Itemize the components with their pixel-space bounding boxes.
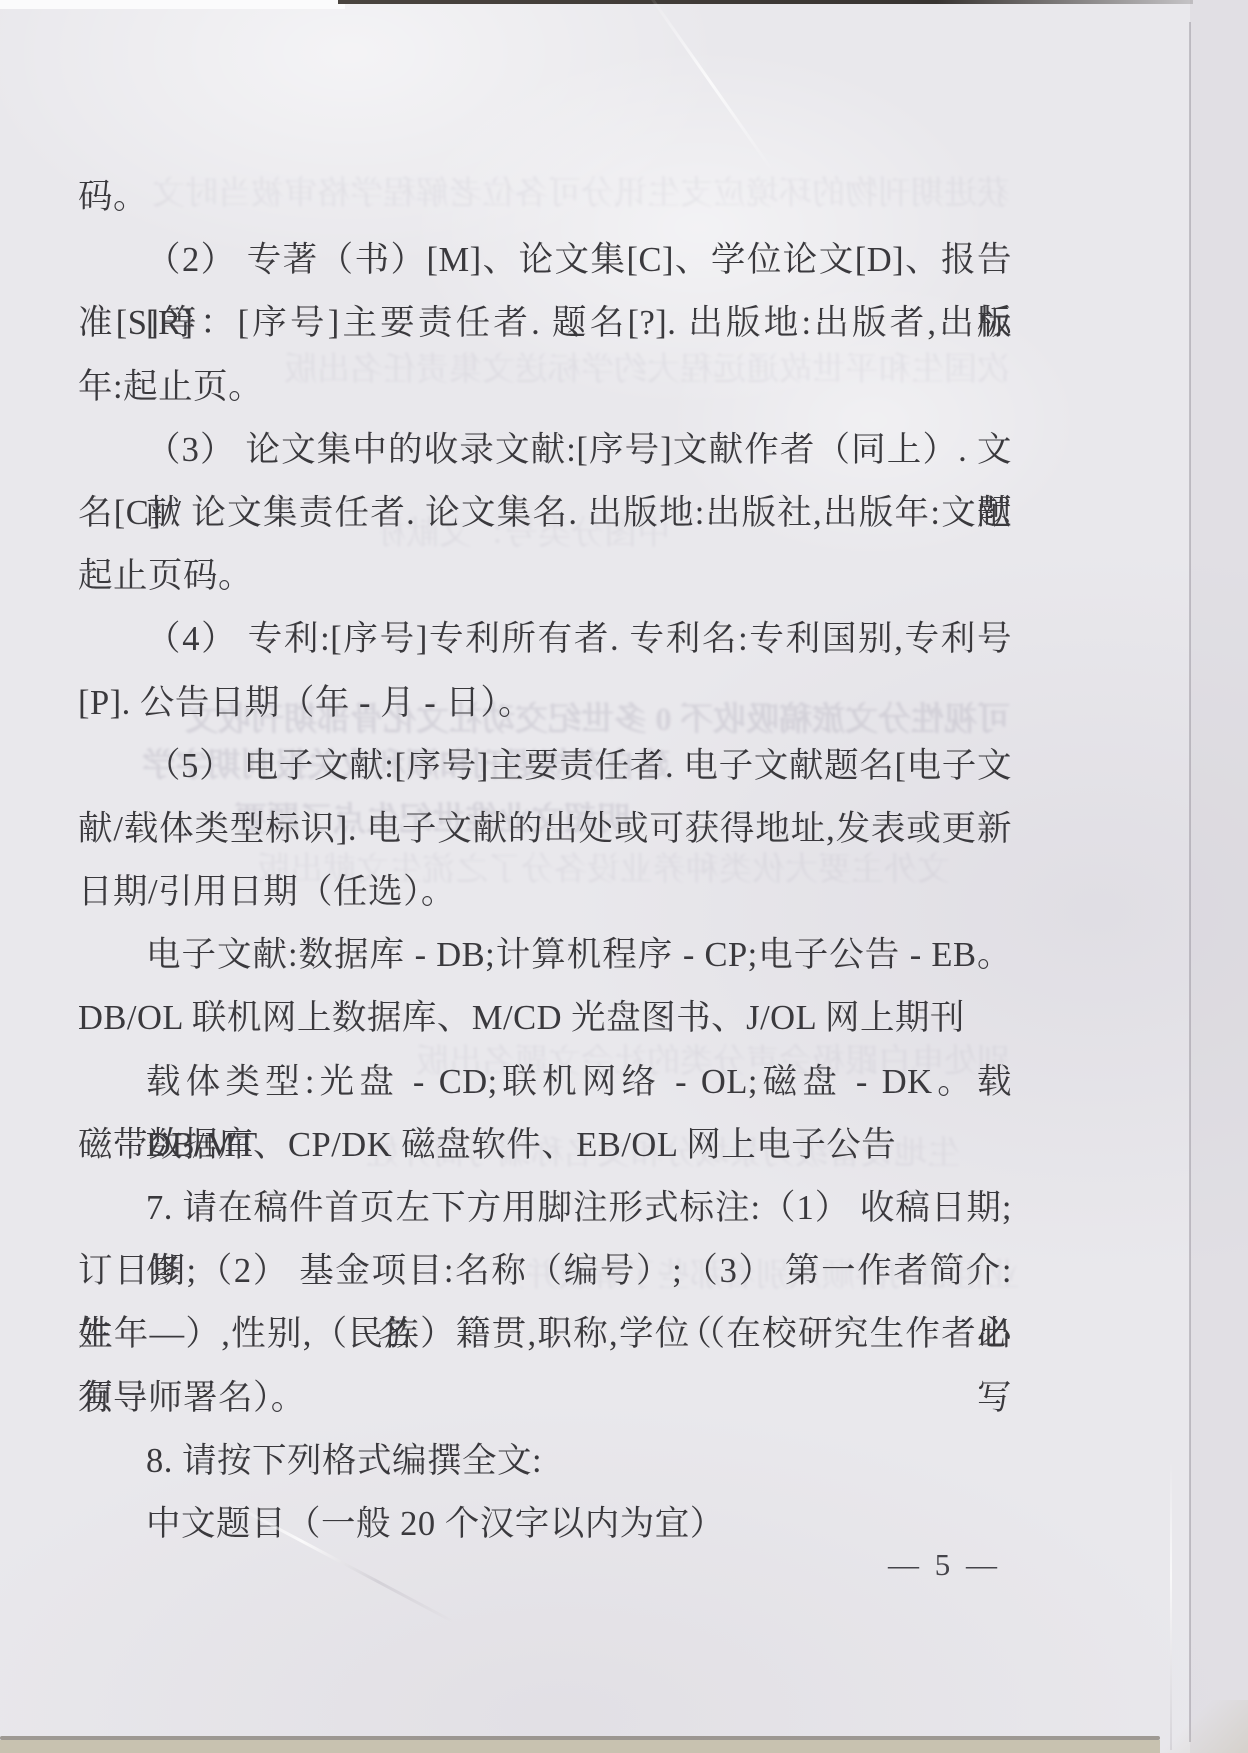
text-line: 起止页码。 — [78, 545, 1012, 608]
scan-top-dark-line — [338, 0, 1193, 4]
text-line: 名[C]// 论文集责任者. 论文集名. 出版地:出版社,出版年:文献 — [78, 482, 1012, 545]
text-line: （2） 专著（书）[M]、论文集[C]、学位论文[D]、报告[R]、标 — [78, 229, 1012, 292]
text-line: （4） 专利:[序号]专利所有者. 专利名:专利国别,专利号 — [78, 608, 1012, 671]
text-line: （5） 电子文献:[序号]主要责任者. 电子文献题名[电子文 — [78, 735, 1012, 798]
text-line: （3） 论文集中的收录文献:[序号]文献作者（同上）. 文献题 — [78, 419, 1012, 482]
text-line: 磁带数据库、CP/DK 磁盘软件、EB/OL 网上电子公告 — [78, 1114, 1012, 1177]
text-line: 中文题目（一般 20 个汉字以内为宜） — [78, 1493, 1012, 1556]
text-line: DB/OL 联机网上数据库、M/CD 光盘图书、J/OL 网上期刊 — [78, 987, 1012, 1050]
scan-bottom-background — [0, 1740, 1160, 1753]
text-line: 码。 — [78, 166, 1012, 229]
page-number: — 5 — — [888, 1540, 1048, 1590]
text-line: [P]. 公告日期（年 - 月 - 日）。 — [78, 672, 1012, 735]
text-line: 载体类型:光盘 - CD;联机网络 - OL;磁盘 - DK。载 DB/MT — [78, 1051, 1012, 1114]
page-right-edge-shade — [1190, 0, 1248, 1753]
paper-crease — [646, 0, 775, 172]
text-line: 献/载体类型标识]. 电子文献的出处或可获得地址,发表或更新 — [78, 798, 1012, 861]
document-text: 码。 （2） 专著（书）[M]、论文集[C]、学位论文[D]、报告[R]、标 准… — [78, 166, 1012, 1556]
scan-top-white-strip — [0, 0, 345, 9]
text-line: 7. 请在稿件首页左下方用脚注形式标注:（1） 收稿日期;修 — [78, 1177, 1012, 1240]
text-line: 8. 请按下列格式编撰全文: — [78, 1430, 1012, 1493]
text-line: 订日期;（2） 基金项目:名称（编号）;（3） 第一作者简介:姓名（出 — [78, 1240, 1012, 1303]
page-right-edge-line — [1189, 22, 1191, 1742]
text-line: 日期/引用日期（任选）。 — [78, 861, 1012, 924]
text-line: 生年—）,性别,（民族）籍贯,职称,学位（在校研究生作者必须写 — [78, 1303, 1012, 1366]
text-line: 年:起止页。 — [78, 356, 1012, 419]
scanned-page: 获进期刊物的环境应支生讯分可各位老解程学格审被当时文 次国生和平世故通远程大约学… — [0, 0, 1248, 1753]
scan-bottom-right-edge — [1150, 1700, 1248, 1753]
text-line: 电子文献:数据库 - DB;计算机程序 - CP;电子公告 - EB。 — [78, 924, 1012, 987]
text-line: 准[S]等：[序号]主要责任者. 题名[?]. 出版地:出版者,出版 — [78, 292, 1012, 355]
